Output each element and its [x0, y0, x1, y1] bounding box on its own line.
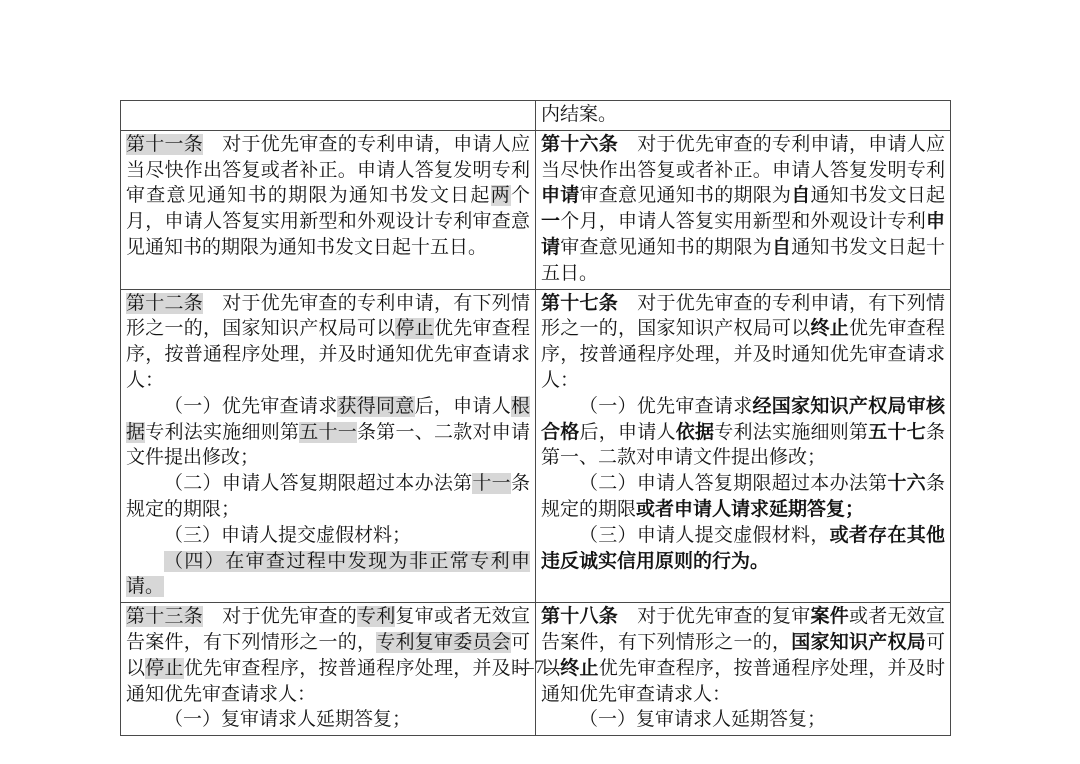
- comparison-table: 内结案。第十一条 对于优先审查的专利申请，申请人应当尽快作出答复或者补正。申请人…: [120, 100, 951, 736]
- paragraph: （二）申请人答复期限超过本办法第十一条规定的期限；: [126, 471, 530, 523]
- inserted-text-run: 终止: [810, 318, 849, 339]
- paragraph: （一）复审请求人延期答复；: [541, 707, 945, 733]
- deleted-text-run: 专利复审委员会: [376, 632, 511, 653]
- text-run: （二）申请人答复期限超过本办法第: [579, 473, 887, 494]
- inserted-text-run: 第十七条: [541, 293, 618, 314]
- paragraph: 第十三条 对于优先审查的专利复审或者无效宣告案件，有下列情形之一的，专利复审委员…: [126, 604, 530, 707]
- text-run: 内结案。: [541, 104, 617, 125]
- paragraph: 内结案。: [541, 102, 945, 128]
- paragraph: （一）复审请求人延期答复；: [126, 707, 530, 733]
- paragraph: 第十七条 对于优先审查的专利申请，有下列情形之一的，国家知识产权局可以终止优先审…: [541, 291, 945, 394]
- cell-old-text: 第十一条 对于优先审查的专利申请，申请人应当尽快作出答复或者补正。申请人答复发明…: [121, 130, 536, 289]
- inserted-text-run: 国家知识产权局: [791, 632, 926, 653]
- text-run: 后，申请人: [415, 396, 511, 417]
- deleted-text-run: 两: [491, 185, 511, 206]
- deleted-text-run: 十一: [472, 473, 511, 494]
- deleted-text-run: 第十三条: [126, 606, 203, 627]
- text-run: 后，申请人: [580, 422, 676, 443]
- deleted-text-run: 五十一: [299, 422, 357, 443]
- cell-new-text: 内结案。: [536, 101, 951, 131]
- text-run: 对于优先审查的复审: [618, 606, 810, 627]
- text-run: （三）申请人提交虚假材料；: [164, 525, 411, 546]
- paragraph: 第十二条 对于优先审查的专利申请，有下列情形之一的，国家知识产权局可以停止优先审…: [126, 291, 530, 394]
- table-row: 第十一条 对于优先审查的专利申请，申请人应当尽快作出答复或者补正。申请人答复发明…: [121, 130, 951, 289]
- comparison-table-body: 内结案。第十一条 对于优先审查的专利申请，申请人应当尽快作出答复或者补正。申请人…: [121, 101, 951, 736]
- text-run: 审查意见通知书的期限为: [560, 237, 772, 258]
- cell-old-text: [121, 101, 536, 131]
- cell-new-text: 第十七条 对于优先审查的专利申请，有下列情形之一的，国家知识产权局可以终止优先审…: [536, 289, 951, 603]
- text-run: 对于优先审查的: [203, 606, 357, 627]
- deleted-text-run: 第十一条: [126, 134, 203, 155]
- deleted-text-run: 第十二条: [126, 293, 203, 314]
- inserted-text-run: 十六: [887, 473, 926, 494]
- inserted-text-run: 自: [772, 237, 791, 258]
- cell-old-text: 第十二条 对于优先审查的专利申请，有下列情形之一的，国家知识产权局可以停止优先审…: [121, 289, 536, 603]
- text-run: （一）复审请求人延期答复；: [164, 709, 411, 730]
- inserted-text-run: 一: [541, 211, 560, 232]
- deleted-text-run: 获得同意: [337, 396, 414, 417]
- inserted-text-run: 第十六条: [541, 134, 618, 155]
- deleted-text-run: （四）在审查过程中发现为非正常专利申请。: [126, 551, 530, 598]
- deleted-text-run: 停止: [395, 318, 434, 339]
- text-run: 审查意见通知书的期限为: [580, 185, 792, 206]
- inserted-text-run: 依据: [676, 422, 715, 443]
- paragraph: （四）在审查过程中发现为非正常专利申请。: [126, 549, 530, 601]
- text-run: 个月，申请人答复实用新型和外观设计专利: [560, 211, 926, 232]
- text-run: （一）复审请求人延期答复；: [579, 709, 826, 730]
- text-run: （一）优先审查请求: [579, 396, 753, 417]
- paragraph: 第十八条 对于优先审查的复审案件或者无效宣告案件，有下列情形之一的，国家知识产权…: [541, 604, 945, 707]
- page-number: —7—: [0, 657, 1080, 679]
- inserted-text-run: 或者申请人请求延期答复；: [636, 499, 864, 520]
- paragraph: 第十一条 对于优先审查的专利申请，申请人应当尽快作出答复或者补正。申请人答复发明…: [126, 132, 530, 261]
- paragraph: （二）申请人答复期限超过本办法第十六条规定的期限或者申请人请求延期答复；: [541, 471, 945, 523]
- table-row: 内结案。: [121, 101, 951, 131]
- inserted-text-run: 案件: [810, 606, 849, 627]
- text-run: 专利法实施细则第: [714, 422, 868, 443]
- text-run: （一）优先审查请求: [164, 396, 337, 417]
- paragraph: 第十六条 对于优先审查的专利申请，申请人应当尽快作出答复或者补正。申请人答复发明…: [541, 132, 945, 287]
- table-row: 第十二条 对于优先审查的专利申请，有下列情形之一的，国家知识产权局可以停止优先审…: [121, 289, 951, 603]
- deleted-text-run: 专利: [357, 606, 396, 627]
- text-run: 专利法实施细则第: [145, 422, 299, 443]
- paragraph: （一）优先审查请求经国家知识产权局审核合格后，申请人依据专利法实施细则第五十七条…: [541, 394, 945, 471]
- text-run: （二）申请人答复期限超过本办法第: [164, 473, 472, 494]
- inserted-text-run: 第十八条: [541, 606, 618, 627]
- inserted-text-run: 自: [791, 185, 810, 206]
- text-run: 通知书发文日起: [810, 185, 944, 206]
- inserted-text-run: 申请: [541, 185, 580, 206]
- inserted-text-run: 五十七: [868, 422, 926, 443]
- paragraph: （三）申请人提交虚假材料，或者存在其他违反诚实信用原则的行为。: [541, 523, 945, 575]
- paragraph: （三）申请人提交虚假材料；: [126, 523, 530, 549]
- paragraph: （一）优先审查请求获得同意后，申请人根据专利法实施细则第五十一条第一、二款对申请…: [126, 394, 530, 471]
- text-run: （三）申请人提交虚假材料，: [579, 525, 830, 546]
- cell-new-text: 第十六条 对于优先审查的专利申请，申请人应当尽快作出答复或者补正。申请人答复发明…: [536, 130, 951, 289]
